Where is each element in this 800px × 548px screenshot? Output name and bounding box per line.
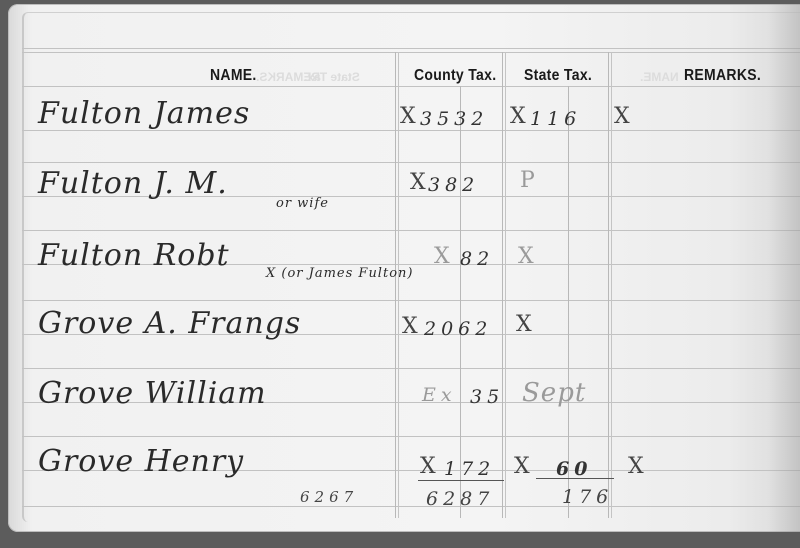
column-divider (608, 52, 609, 518)
remarks-mark: P (520, 168, 535, 193)
state-tax-amount: 60 (556, 458, 592, 480)
remarks-mark: X (614, 104, 630, 129)
paid-mark: X (420, 454, 436, 479)
rule-line (22, 300, 800, 301)
taxpayer-name: Grove William (38, 376, 267, 411)
taxpayer-name: Fulton James (38, 96, 250, 131)
county-tax-amount: 172 (444, 458, 495, 480)
ledger-page: REMARKS. State Tax. NAME. NAME. County T… (8, 4, 800, 532)
rule-line (22, 162, 800, 163)
rule-line (22, 230, 800, 231)
county-tax-amount: 382 (428, 174, 479, 196)
bleed-through-text: NAME. (640, 70, 679, 84)
rule-line (22, 48, 800, 49)
rule-line (22, 506, 800, 507)
header-name: NAME. (210, 65, 257, 83)
paid-mark: X (510, 104, 526, 129)
state-tax-total: 176 (562, 486, 613, 508)
county-tax-amount: 82 (460, 248, 494, 270)
paid-mark: X (514, 454, 530, 479)
paid-mark: X (434, 244, 450, 269)
paid-mark: X (410, 170, 426, 195)
county-tax-amount: 3532 (420, 108, 488, 130)
rule-line (22, 436, 800, 437)
county-tax-amount: 2062 (424, 318, 492, 340)
column-divider (395, 52, 396, 518)
name-note: X (or James Fulton) (266, 266, 413, 281)
sum-underline (418, 480, 504, 481)
rule-line (22, 52, 800, 53)
state-tax-note: Sept (522, 378, 586, 408)
column-divider (502, 52, 503, 518)
name-note: or wife (276, 196, 329, 211)
header-county-tax: County Tax. (414, 65, 496, 83)
taxpayer-name: Grove A. Frangs (38, 306, 301, 341)
bleed-through-text: State Tax. (304, 70, 360, 84)
county-tax-total: 6287 (426, 488, 494, 510)
name-column-total-note: 6267 (300, 488, 358, 506)
sum-underline (536, 478, 614, 479)
remarks-mark: X (628, 454, 644, 479)
cents-divider (568, 86, 569, 518)
taxpayer-name: Fulton Robt (38, 238, 230, 273)
cents-divider (460, 86, 461, 518)
header-remarks: REMARKS. (684, 65, 761, 83)
taxpayer-name: Grove Henry (38, 444, 244, 479)
paid-mark: X (402, 314, 418, 339)
rule-line (22, 368, 800, 369)
page-edge-shadow (768, 4, 800, 532)
exempt-mark: Ex (422, 384, 457, 406)
header-state-tax: State Tax. (524, 65, 592, 83)
paid-mark: X (516, 312, 532, 337)
paid-mark: X (518, 244, 534, 269)
state-tax-amount: 116 (530, 108, 581, 130)
header-rule-line (22, 86, 800, 87)
county-tax-amount: 35 (470, 386, 504, 408)
taxpayer-name: Fulton J. M. (38, 166, 228, 201)
paid-mark: X (400, 104, 416, 129)
